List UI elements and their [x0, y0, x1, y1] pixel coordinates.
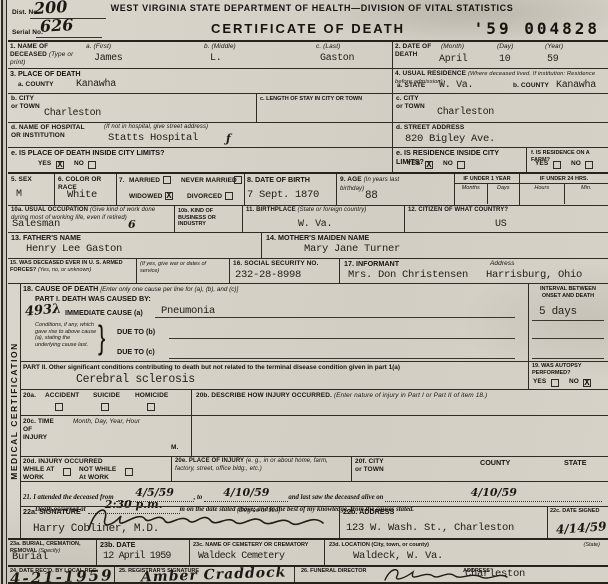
widowed-checkbox[interactable]: X: [165, 192, 173, 200]
last-name-value[interactable]: Gaston: [320, 53, 354, 64]
suicide-checkbox[interactable]: [101, 403, 109, 411]
armed-forces-label: 15. WAS DECEASED EVER IN U. S. ARMED FOR…: [10, 260, 132, 273]
residence-city-value[interactable]: Charleston: [437, 107, 494, 118]
date-signed-label: 22c. DATE SIGNED: [550, 508, 599, 515]
residence-city-label: c. CITY or TOWN: [396, 95, 426, 111]
citizen-value[interactable]: US: [495, 219, 506, 230]
homicide-checkbox[interactable]: [147, 403, 155, 411]
residence-state-label: a. STATE: [397, 82, 425, 90]
first-name-value[interactable]: James: [94, 53, 123, 64]
burial-location-label: 23d. LOCATION (City, town, or county): [329, 542, 429, 549]
due-to-b-label: DUE TO (b): [117, 328, 155, 337]
due-to-b-line[interactable]: [169, 338, 515, 339]
first-name-label: a. (First): [86, 43, 111, 51]
residence-limits-no-checkbox[interactable]: [457, 161, 465, 169]
residence-city-cell: c. CITY or TOWN Charleston: [392, 94, 608, 122]
time-of-injury-cell: 20c. TIME OF INJURY Month, Day, Year, Ho…: [21, 416, 191, 456]
pod-city-label: b. CITY or TOWN: [11, 95, 41, 111]
registrar-signature-cell: 25. REGISTRAR'S SIGNATURE Amber Craddock: [114, 567, 294, 582]
farm-no-label: NO: [571, 160, 581, 168]
length-of-stay-label: c. LENGTH OF STAY IN CITY OR TOWN: [260, 96, 370, 103]
citizen-label: 12. CITIZEN OF WHAT COUNTRY?: [408, 207, 604, 215]
interval-line-3: [532, 358, 604, 359]
injury-city-label: 20f. CITY or TOWN: [355, 458, 391, 474]
hospital-hand-mark[interactable]: ƒ: [226, 132, 231, 145]
mother-value[interactable]: Mary Jane Turner: [304, 243, 400, 255]
ssn-cell: 16. SOCIAL SECURITY NO. 232-28-8998: [229, 259, 339, 283]
autopsy-yes-label: YES: [533, 378, 546, 386]
while-at-work-label: WHILE AT WORK: [23, 466, 59, 482]
citizen-cell: 12. CITIZEN OF WHAT COUNTRY? US: [404, 206, 608, 232]
sex-label: 5. SEX: [11, 176, 32, 184]
mother-label: 14. MOTHER'S MAIDEN NAME: [266, 234, 369, 243]
months-label: Months: [455, 184, 487, 204]
certifier-row: 22a. SIGNATURE (Degree or title) Harry C…: [21, 506, 608, 539]
burial-location-state-label: (State): [583, 542, 600, 549]
cemetery-cell: 23c. NAME OF CEMETERY OR CREMATORY Walde…: [189, 540, 324, 565]
serial-no-label: Serial No.: [12, 29, 43, 37]
date-of-death-label: 2. DATE OF DEATH: [395, 43, 435, 59]
time-of-injury-row: 20c. TIME OF INJURY Month, Day, Year, Ho…: [21, 415, 608, 456]
row-occupation: 10a. USUAL OCCUPATION (Give kind of work…: [8, 205, 608, 232]
ssn-label: 16. SOCIAL SECURITY NO.: [233, 260, 319, 268]
street-address-cell: d. STREET ADDRESS 820 Bigley Ave.: [392, 123, 608, 147]
residence-county-value[interactable]: Kanawha: [556, 80, 596, 91]
burial-location-value[interactable]: Waldeck, W. Va.: [353, 550, 443, 562]
informant-address-value[interactable]: Harrisburg, Ohio: [486, 269, 582, 281]
pod-city-cell: b. CITY or TOWN Charleston: [8, 94, 256, 122]
date-of-death-cell: 2. DATE OF DEATH (Month) April (Day) 10 …: [392, 42, 608, 68]
business-label: 10b. KIND OF BUSINESS OR INDUSTRY: [178, 208, 238, 228]
interval-line-2: [532, 338, 604, 339]
item7-label: 7.: [119, 177, 125, 185]
suicide-label: SUICIDE: [93, 392, 120, 400]
cemetery-label: 23c. NAME OF CEMETERY OR CREMATORY: [193, 542, 321, 549]
row-parents: 13. FATHER'S NAME Henry Lee Gaston 14. M…: [8, 232, 608, 258]
married-checkbox[interactable]: [163, 176, 171, 184]
date-signed-cell: 22c. DATE SIGNED 4/14/59: [547, 507, 608, 539]
residence-state-county-cell: 4. USUAL RESIDENCE (Where deceased lived…: [392, 69, 608, 93]
physician-signature-cell: 22a. SIGNATURE (Degree or title) Harry C…: [21, 507, 339, 539]
accident-checkbox[interactable]: [55, 403, 63, 411]
cause-label: 18. CAUSE OF DEATH [Enter only one cause…: [23, 285, 238, 294]
birthplace-label: 11. BIRTHPLACE (State or foreign country…: [246, 207, 402, 215]
physician-address-cell: 22b. ADDRESS 123 W. Wash. St., Charlesto…: [339, 507, 547, 539]
immediate-cause-label: IMMEDIATE CAUSE (a): [65, 309, 143, 318]
dob-cell: 8. DATE OF BIRTH 7 Sept. 1870: [244, 174, 336, 205]
business-cell: 10b. KIND OF BUSINESS OR INDUSTRY: [174, 206, 242, 232]
meridiem-label: M.: [171, 444, 178, 452]
dob-label: 8. DATE OF BIRTH: [247, 176, 310, 185]
cause-code-hand[interactable]: 493λ: [24, 301, 61, 319]
death-month-value[interactable]: April: [439, 54, 468, 65]
pod-limits-no-label: NO: [74, 160, 84, 168]
row-service-ssn-informant: 15. WAS DECEASED EVER IN U. S. ARMED FOR…: [8, 258, 608, 283]
injury-location-row: 20d. INJURY OCCURRED WHILE AT WORK NOT W…: [21, 456, 608, 481]
interval-cell: INTERVAL BETWEEN ONSET AND DEATH 5 days: [528, 284, 608, 361]
describe-injury-cell: 20b. DESCRIBE HOW INJURY OCCURRED. (Ente…: [191, 390, 608, 415]
place-of-death-county-cell: 3. PLACE OF DEATH a. COUNTY Kanawha: [8, 69, 392, 93]
hospital-label: d. NAME OF HOSPITAL OR INSTITUTION: [11, 124, 89, 140]
occupation-hand-mark[interactable]: 6: [128, 218, 136, 231]
age-cell: 9. AGE (In years last birthday) 88: [336, 174, 454, 205]
father-value[interactable]: Henry Lee Gaston: [26, 243, 122, 255]
pod-limits-label: e. IS PLACE OF DEATH INSIDE CITY LIMITS?: [11, 149, 164, 158]
signature-label: 22a. SIGNATURE: [23, 508, 81, 517]
pod-limits-yes-label: YES: [38, 160, 51, 168]
form-header: Dist. No. 200 WEST VIRGINIA STATE DEPART…: [8, 0, 608, 40]
mother-cell: 14. MOTHER'S MAIDEN NAME Mary Jane Turne…: [261, 233, 608, 258]
pod-limits-yes-checkbox[interactable]: X: [56, 161, 64, 169]
death-month-label: (Month): [441, 43, 464, 51]
hospital-note: (If not in hospital, give street address…: [104, 124, 208, 132]
birthplace-cell: 11. BIRTHPLACE (State or foreign country…: [242, 206, 404, 232]
widowed-label: WIDOWED: [129, 193, 163, 201]
occupation-cell: 10a. USUAL OCCUPATION (Give kind of work…: [8, 206, 174, 232]
physician-signature-scribble[interactable]: [81, 499, 331, 541]
medical-certification-sidebar: MEDICAL CERTIFICATION: [8, 284, 21, 538]
burial-type-value[interactable]: Burial: [12, 551, 48, 563]
death-year-label: (Year): [545, 43, 563, 51]
describe-injury-label: 20b. DESCRIBE HOW INJURY OCCURRED. (Ente…: [196, 392, 596, 400]
burial-date-cell: 23b. DATE 12 April 1959: [96, 540, 189, 565]
hospital-value[interactable]: Statts Hospital: [108, 132, 198, 144]
physician-address-value[interactable]: 123 W. Wash. St., Charleston: [346, 522, 514, 534]
date-received-value[interactable]: 4-21-1959: [10, 566, 114, 584]
injury-20a-label: 20a.: [23, 392, 36, 400]
residence-limits-cell: e. IS RESIDENCE INSIDE CITY LIMITS? YES …: [392, 148, 526, 172]
part2-value[interactable]: Cerebral sclerosis: [76, 373, 195, 386]
min-label: Min.: [564, 184, 608, 204]
not-while-at-work-checkbox[interactable]: [125, 468, 133, 476]
hospital-cell: d. NAME OF HOSPITAL OR INSTITUTION (If n…: [8, 123, 392, 147]
middle-name-value[interactable]: L.: [210, 53, 221, 64]
residence-limits-no-label: NO: [443, 160, 453, 168]
cause-of-death-cell: 18. CAUSE OF DEATH [Enter only one cause…: [21, 284, 528, 361]
conditions-note: Conditions, if any, which gave rise to a…: [35, 322, 97, 348]
time-of-injury-blank-cell: [191, 416, 608, 456]
part2-label: PART II. Other significant conditions co…: [23, 364, 523, 371]
ssn-value[interactable]: 232-28-8998: [235, 269, 301, 281]
residence-limits-yes-label: YES: [407, 160, 420, 168]
pod-limits-cell: e. IS PLACE OF DEATH INSIDE CITY LIMITS?…: [8, 148, 392, 172]
registration-row: 24. DATE REC'D. BY LOCAL REG. 4-21-1959 …: [8, 565, 608, 584]
race-value[interactable]: White: [67, 189, 97, 201]
pod-county-value[interactable]: Kanawha: [76, 79, 116, 90]
cause-of-death-row: 18. CAUSE OF DEATH [Enter only one cause…: [21, 284, 608, 361]
father-label: 13. FATHER'S NAME: [11, 234, 81, 243]
death-certificate-page: Dist. No. 200 WEST VIRGINIA STATE DEPART…: [0, 0, 608, 584]
burial-location-cell: 23d. LOCATION (City, town, or county) (S…: [324, 540, 608, 565]
conditions-brace: }: [98, 319, 105, 358]
time-of-injury-note: Month, Day, Year, Hour: [73, 418, 140, 426]
age-under-24-hrs-cell: IF UNDER 24 HRS. Hours Min.: [519, 174, 608, 205]
street-address-label: d. STREET ADDRESS: [396, 124, 464, 132]
age-under-1-year-cell: IF UNDER 1 YEAR Months Days: [454, 174, 519, 205]
medical-certification-main: 18. CAUSE OF DEATH [Enter only one cause…: [21, 284, 608, 538]
age-label: 9. AGE (In years last birthday): [340, 176, 420, 193]
pod-county-label: a. COUNTY: [18, 81, 54, 89]
informant-cell: 17. INFORMANT Address Mrs. Don Christens…: [339, 259, 608, 283]
date-signed-value[interactable]: 4/14/59: [556, 519, 607, 536]
form-title: CERTIFICATE OF DEATH: [178, 21, 438, 36]
divorced-checkbox[interactable]: [225, 192, 233, 200]
marital-status-cell: 7. MARRIED NEVER MARRIED WIDOWED X DIVOR…: [116, 174, 244, 205]
death-day-label: (Day): [497, 43, 513, 51]
place-of-injury-label: 20e. PLACE OF INJURY (e. g., in or about…: [175, 458, 347, 473]
autopsy-yes-checkbox[interactable]: [551, 379, 559, 387]
burial-type-cell: 23a. BURIAL, CREMATION, REMOVAL (Specify…: [8, 540, 96, 565]
department-title: WEST VIRGINIA STATE DEPARTMENT OF HEALTH…: [72, 3, 552, 13]
left-page-edge: [1, 0, 7, 584]
interval-line-1: [532, 320, 604, 321]
autopsy-no-checkbox[interactable]: X: [583, 379, 591, 387]
farm-no-checkbox[interactable]: [585, 161, 593, 169]
part2-cell: PART II. Other significant conditions co…: [21, 362, 528, 389]
informant-address-label: Address: [490, 260, 515, 268]
serial-no-line: [36, 37, 102, 38]
informant-value[interactable]: Mrs. Don Christensen: [348, 269, 468, 281]
divorced-label: DIVORCED: [187, 193, 222, 201]
name-of-deceased-cell: 1. NAME OF DECEASED (Type or print) a. (…: [8, 42, 392, 68]
immediate-cause-line: [155, 317, 515, 318]
race-cell: 6. COLOR OR RACE White: [54, 174, 116, 205]
occupation-value[interactable]: Salesman: [12, 218, 60, 230]
funeral-director-cell: 26. FUNERAL DIRECTOR ADDRESS Charleston: [294, 567, 608, 582]
burial-date-value[interactable]: 12 April 1959: [103, 551, 171, 562]
immediate-cause-value[interactable]: Pneumonia: [161, 305, 215, 317]
never-married-checkbox[interactable]: [234, 176, 242, 184]
part2-row: PART II. Other significant conditions co…: [21, 361, 608, 389]
farm-yes-label: YES: [535, 160, 548, 168]
injury-occurred-cell: 20d. INJURY OCCURRED WHILE AT WORK NOT W…: [21, 457, 171, 481]
armed-forces-cell: 15. WAS DECEASED EVER IN U. S. ARMED FOR…: [8, 259, 136, 283]
days-label: Days: [487, 184, 520, 204]
row-name-date: 1. NAME OF DECEASED (Type or print) a. (…: [8, 40, 608, 68]
married-label: MARRIED: [129, 177, 160, 185]
pod-limits-no-checkbox[interactable]: [88, 161, 96, 169]
medical-certification-label: MEDICAL CERTIFICATION: [9, 342, 19, 479]
funeral-director-signature-scribble[interactable]: [381, 564, 511, 584]
death-day-value[interactable]: 10: [499, 54, 510, 65]
time-of-injury-label: 20c. TIME OF INJURY: [23, 418, 57, 442]
injury-state-label: STATE: [564, 459, 587, 468]
row-cities: b. CITY or TOWN Charleston c. LENGTH OF …: [8, 93, 608, 122]
dob-value[interactable]: 7 Sept. 1870: [247, 189, 319, 201]
funeral-director-label: 26. FUNERAL DIRECTOR: [301, 568, 367, 575]
interval-value[interactable]: 5 days: [539, 306, 577, 318]
date-received-cell: 24. DATE REC'D. BY LOCAL REG. 4-21-1959: [8, 567, 114, 582]
sex-value[interactable]: M: [16, 189, 22, 200]
street-address-value[interactable]: 820 Bigley Ave.: [405, 133, 495, 145]
row-personal: 5. SEX M 6. COLOR OR RACE White 7. MARRI…: [8, 172, 608, 205]
injury-occurred-label: 20d. INJURY OCCURRED: [23, 458, 103, 466]
informant-label: 17. INFORMANT: [344, 260, 399, 269]
pod-city-value[interactable]: Charleston: [44, 108, 101, 119]
age-value[interactable]: 88: [365, 190, 378, 202]
under-24-hrs-label: IF UNDER 24 HRS.: [520, 174, 608, 184]
armed-forces-note-cell: (If yes, give war or dates of service): [136, 259, 229, 283]
while-at-work-checkbox[interactable]: [63, 468, 71, 476]
physician-address-label: 22b. ADDRESS: [343, 508, 394, 517]
homicide-label: HOMICIDE: [135, 392, 168, 400]
death-year-value[interactable]: 59: [547, 54, 558, 65]
residence-state-value[interactable]: W. Va.: [439, 80, 473, 91]
farm-yes-checkbox[interactable]: [553, 161, 561, 169]
farm-cell: f. IS RESIDENCE ON A FARM? YES NO: [526, 148, 608, 172]
residence-limits-yes-checkbox[interactable]: X: [425, 161, 433, 169]
injury-type-cell: 20a. ACCIDENT SUICIDE HOMICIDE: [21, 390, 191, 415]
autopsy-cell: 19. WAS AUTOPSY PERFORMED? YES NO X: [528, 362, 608, 389]
interval-label: INTERVAL BETWEEN ONSET AND DEATH: [532, 286, 604, 299]
burial-row: 23a. BURIAL, CREMATION, REMOVAL (Specify…: [8, 538, 608, 565]
residence-county-label: b. COUNTY: [513, 82, 549, 90]
father-cell: 13. FATHER'S NAME Henry Lee Gaston: [8, 233, 261, 258]
birthplace-value[interactable]: W. Va.: [298, 219, 332, 230]
never-married-label: NEVER MARRIED: [181, 177, 237, 185]
last-name-label: c. (Last): [316, 43, 340, 51]
place-of-injury-cell: 20e. PLACE OF INJURY (e. g., in or about…: [171, 457, 351, 481]
accident-label: ACCIDENT: [45, 392, 79, 400]
injury-city-county-state-cell: 20f. CITY or TOWN COUNTY STATE: [351, 457, 608, 481]
row-hospital-street: d. NAME OF HOSPITAL OR INSTITUTION (If n…: [8, 122, 608, 147]
serial-no-value[interactable]: 626: [40, 15, 74, 36]
medical-certification-block: MEDICAL CERTIFICATION 18. CAUSE OF DEATH…: [8, 283, 608, 538]
due-to-c-label: DUE TO (c): [117, 348, 155, 357]
length-of-stay-cell: c. LENGTH OF STAY IN CITY OR TOWN: [256, 94, 392, 122]
under-1-year-label: IF UNDER 1 YEAR: [455, 174, 519, 184]
armed-forces-note: (If yes, give war or dates of service): [140, 261, 226, 274]
certificate-form: Dist. No. 200 WEST VIRGINIA STATE DEPART…: [8, 0, 608, 584]
row-place-residence: 3. PLACE OF DEATH a. COUNTY Kanawha 4. U…: [8, 68, 608, 93]
sex-cell: 5. SEX M: [8, 174, 54, 205]
not-while-at-work-label: NOT WHILE At WORK: [79, 466, 121, 482]
place-of-death-label: 3. PLACE OF DEATH: [10, 70, 81, 79]
cemetery-value[interactable]: Waldeck Cemetery: [198, 551, 284, 562]
injury-county-label: COUNTY: [480, 459, 510, 468]
name-label: 1. NAME OF DECEASED (Type or print): [10, 43, 84, 67]
burial-date-label: 23b. DATE: [100, 541, 135, 550]
autopsy-no-label: NO: [569, 378, 579, 386]
hours-label: Hours: [520, 184, 564, 204]
row-limits-farm: e. IS PLACE OF DEATH INSIDE CITY LIMITS?…: [8, 147, 608, 172]
injury-type-row: 20a. ACCIDENT SUICIDE HOMICIDE 20b. DESC…: [21, 389, 608, 415]
due-to-c-line[interactable]: [169, 358, 515, 359]
autopsy-label: 19. WAS AUTOPSY PERFORMED?: [532, 363, 604, 376]
certificate-number-stamp: '59 004828: [474, 19, 600, 38]
middle-name-label: b. (Middle): [204, 43, 236, 51]
